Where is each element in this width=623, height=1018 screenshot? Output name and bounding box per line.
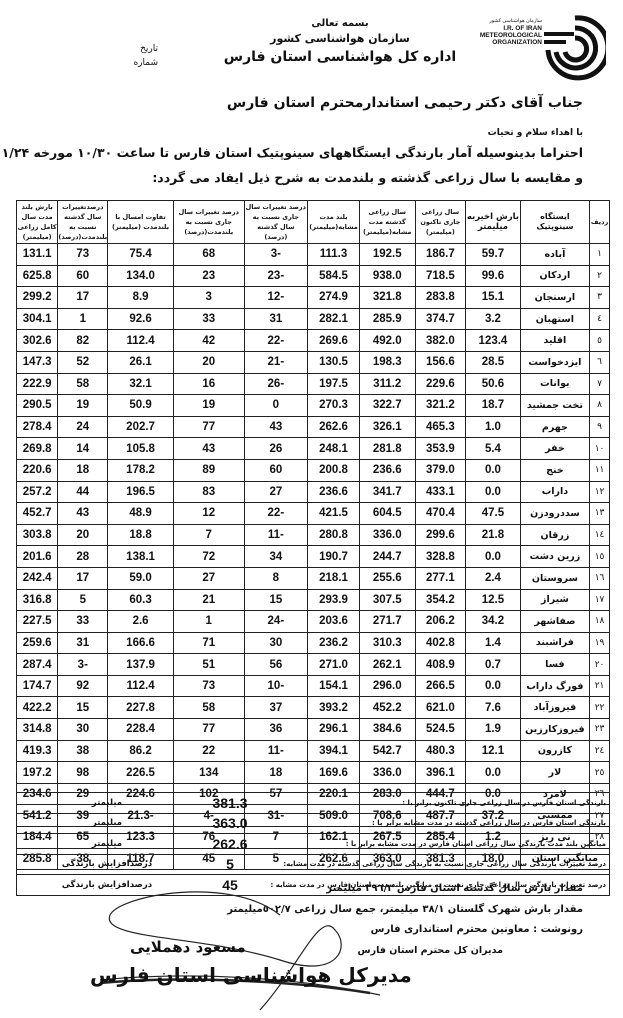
cell-last: 192.5	[359, 244, 415, 266]
cell-long-full: 287.4	[17, 654, 58, 676]
cell-pct-vs-last: -11	[244, 524, 308, 546]
summary-unit: میلیمتر	[17, 834, 198, 855]
cell-long-full: 222.9	[17, 373, 58, 395]
cell-long: 236.2	[308, 632, 360, 654]
cell-pct-last-vs-long: 5	[58, 589, 108, 611]
cell-diff-long: 18.8	[108, 524, 174, 546]
cell-current: 433.1	[415, 481, 466, 503]
table-row: ۷بوانات50.6229.6311.2197.5-261632.158222…	[17, 373, 610, 395]
cell-pct-vs-long: 16	[173, 373, 244, 395]
cell-station: استهبان	[520, 308, 589, 330]
cell-long-full: 422.2	[17, 697, 58, 719]
cell-pct-vs-long: 134	[173, 762, 244, 784]
cell-current: 396.1	[415, 762, 466, 784]
department-name: اداره کل هواشناسی استان فارس	[220, 49, 460, 65]
cell-recent: 0.0	[466, 459, 520, 481]
table-row: ۲۳فیروزکارزین1.9524.5384.6296.13677228.4…	[17, 719, 610, 741]
cell-pct-vs-last: 18	[244, 762, 308, 784]
cell-recent: 0.0	[466, 546, 520, 568]
cell-index: ۱٤	[590, 524, 610, 546]
cell-station: کازرون	[520, 740, 589, 762]
summary-row: درصد تغییرات بارندگی سال زراعی جاری نسبت…	[17, 854, 610, 875]
cell-station: فورگ داراب	[520, 675, 589, 697]
cell-index: ۲۳	[590, 719, 610, 741]
signatory-title: مدیرکل هواشناسی استان فارس	[90, 963, 412, 987]
cell-pct-last-vs-long: 33	[58, 611, 108, 633]
cell-diff-long: 112.4	[108, 675, 174, 697]
logo-en-line3: ORGANIZATION	[470, 39, 542, 46]
cell-pct-vs-last: 26	[244, 438, 308, 460]
cell-diff-long: 48.9	[108, 503, 174, 525]
cell-current: 621.0	[415, 697, 466, 719]
summary-label: درصد تغییرات بارندگی سال زراعی جاری نسبت…	[263, 854, 610, 875]
salutation: جناب آقای دکتر رحیمی استاندارمحترم استان…	[227, 95, 583, 111]
cell-recent: 59.7	[466, 244, 520, 266]
table-row: ۲۰فسا0.7408.9262.1271.05651137.9-3287.4	[17, 654, 610, 676]
cell-station: لار	[520, 762, 589, 784]
cell-pct-last-vs-long: 52	[58, 351, 108, 373]
cell-station: ارسنجان	[520, 287, 589, 309]
cell-long-full: 269.8	[17, 438, 58, 460]
cell-recent: 5.4	[466, 438, 520, 460]
cell-long-full: 220.6	[17, 459, 58, 481]
footer-cc-deputies: رونوشت : معاونین محترم استانداری فارس	[371, 924, 583, 935]
cell-station: زرقان	[520, 524, 589, 546]
cell-pct-vs-last: -12	[244, 287, 308, 309]
invocation-text: بسمه تعالی	[220, 18, 460, 29]
cell-recent: 0.7	[466, 654, 520, 676]
col-header-long-full: بارش بلند مدت سال کامل زراعی (میلیمتر)	[17, 201, 58, 244]
cell-current: 283.8	[415, 287, 466, 309]
cell-pct-last-vs-long: 28	[58, 546, 108, 568]
cell-current: 277.1	[415, 567, 466, 589]
cell-last: 326.1	[359, 416, 415, 438]
table-row: ۲٥لار0.0396.1336.0169.618134226.598197.2	[17, 762, 610, 784]
cell-pct-last-vs-long: 82	[58, 330, 108, 352]
table-row: ٥اقلید123.4382.0492.0269.6-2242112.48230…	[17, 330, 610, 352]
cell-current: 186.7	[415, 244, 466, 266]
cell-station: سروستان	[520, 567, 589, 589]
cell-station: اردکان	[520, 265, 589, 287]
cell-current: 382.0	[415, 330, 466, 352]
cell-pct-last-vs-long: 58	[58, 373, 108, 395]
table-row: ۲۲فیروزآباد7.6621.0452.2393.23758227.815…	[17, 697, 610, 719]
cell-pct-vs-last: 8	[244, 567, 308, 589]
cell-pct-vs-long: 77	[173, 416, 244, 438]
cell-last: 336.0	[359, 524, 415, 546]
cell-pct-vs-long: 12	[173, 503, 244, 525]
greeting: با اهداء سلام و تحیات	[488, 128, 583, 138]
cell-pct-last-vs-long: 14	[58, 438, 108, 460]
cell-pct-vs-last: 56	[244, 654, 308, 676]
cell-last: 271.7	[359, 611, 415, 633]
cell-last: 321.8	[359, 287, 415, 309]
cell-current: 465.3	[415, 416, 466, 438]
cell-long-full: 419.3	[17, 740, 58, 762]
cell-pct-vs-long: 83	[173, 481, 244, 503]
cell-index: ۹	[590, 416, 610, 438]
cell-current: 402.8	[415, 632, 466, 654]
col-header-pct-vs-last: درصد تغییرات سال جاری نسبت به سال گذشته …	[244, 201, 308, 244]
table-row: ۲۱فورگ داراب0.0266.5296.0154.1-1073112.4…	[17, 675, 610, 697]
cell-pct-vs-last: -10	[244, 675, 308, 697]
table-row: ۱۷شیراز12.5354.2307.5293.9152160.35316.8	[17, 589, 610, 611]
cell-recent: 0.0	[466, 675, 520, 697]
cell-long: 270.3	[308, 395, 360, 417]
cell-current: 353.9	[415, 438, 466, 460]
table-row: ۱٦سروستان2.4277.1255.6218.182759.017242.…	[17, 567, 610, 589]
table-row: ۳ارسنجان15.1283.8321.8274.9-1238.917299.…	[17, 287, 610, 309]
cell-long-full: 197.2	[17, 762, 58, 784]
table-row: ۲٤کازرون12.1480.3542.7394.1-112286.23841…	[17, 740, 610, 762]
cell-long: 282.1	[308, 308, 360, 330]
summary-row: بارندگی استان فارس در سال زراعی گذشته در…	[17, 813, 610, 834]
cell-diff-long: 26.1	[108, 351, 174, 373]
table-row: ۱۳سددرودزن47.5470.4604.5421.5-221248.943…	[17, 503, 610, 525]
cell-last: 307.5	[359, 589, 415, 611]
cell-station: فسا	[520, 654, 589, 676]
cell-pct-vs-last: 37	[244, 697, 308, 719]
summary-unit: درصدافزایش بارندگی	[17, 854, 198, 875]
summary-unit: میلیمتر	[17, 813, 198, 834]
cell-index: ۷	[590, 373, 610, 395]
rainfall-table: ردیف ایستگاه سینوپتیک بارش اخیربه میلیمت…	[16, 200, 610, 870]
cell-last: 244.7	[359, 546, 415, 568]
cell-current: 354.2	[415, 589, 466, 611]
cell-long: 293.9	[308, 589, 360, 611]
table-row: ۸تخت جمشید18.7321.2322.7270.301950.91929…	[17, 395, 610, 417]
cell-current: 374.7	[415, 308, 466, 330]
cell-long-full: 131.1	[17, 244, 58, 266]
cell-index: ٥	[590, 330, 610, 352]
cell-last: 285.9	[359, 308, 415, 330]
cell-pct-vs-long: 20	[173, 351, 244, 373]
cell-index: ۱۹	[590, 632, 610, 654]
cell-pct-vs-last: 31	[244, 308, 308, 330]
cell-pct-last-vs-long: 60	[58, 265, 108, 287]
cell-long: 271.0	[308, 654, 360, 676]
cell-pct-last-vs-long: 31	[58, 632, 108, 654]
cell-pct-last-vs-long: 24	[58, 416, 108, 438]
summary-unit: میلیمتر	[17, 793, 198, 814]
cell-pct-vs-last: 43	[244, 416, 308, 438]
cell-current: 480.3	[415, 740, 466, 762]
cell-pct-last-vs-long: 17	[58, 567, 108, 589]
cell-current: 156.6	[415, 351, 466, 373]
table-header-row: ردیف ایستگاه سینوپتیک بارش اخیربه میلیمت…	[17, 201, 610, 244]
col-header-pct-last-vs-long: درصدتغییرات سال گذشته نسبت به بلندمدت(در…	[58, 201, 108, 244]
cell-current: 299.6	[415, 524, 466, 546]
cell-pct-vs-long: 22	[173, 740, 244, 762]
cell-last: 492.0	[359, 330, 415, 352]
cell-index: ۳	[590, 287, 610, 309]
cell-long: 274.9	[308, 287, 360, 309]
cell-pct-vs-long: 27	[173, 567, 244, 589]
cell-diff-long: 137.9	[108, 654, 174, 676]
cell-diff-long: 112.4	[108, 330, 174, 352]
cell-index: ۸	[590, 395, 610, 417]
cell-current: 229.6	[415, 373, 466, 395]
cell-recent: 1.9	[466, 719, 520, 741]
organization-logo: سازمان هواشناسی کشور I.R. OF IRAN METEOR…	[470, 14, 605, 84]
cell-long: 218.1	[308, 567, 360, 589]
cell-station: سددرودزن	[520, 503, 589, 525]
cell-long: 296.1	[308, 719, 360, 741]
cell-recent: 50.6	[466, 373, 520, 395]
summary-value: 381.3	[197, 793, 263, 814]
cell-current: 321.2	[415, 395, 466, 417]
date-number-block: تاریخ شماره	[118, 42, 158, 70]
cell-pct-last-vs-long: 15	[58, 697, 108, 719]
cell-station: زرین دشت	[520, 546, 589, 568]
cell-pct-vs-last: 60	[244, 459, 308, 481]
cell-station: فراشبند	[520, 632, 589, 654]
cell-pct-vs-last: 27	[244, 481, 308, 503]
cell-last: 542.7	[359, 740, 415, 762]
cell-recent: 12.5	[466, 589, 520, 611]
cell-pct-vs-long: 58	[173, 697, 244, 719]
cell-pct-vs-last: 36	[244, 719, 308, 741]
intro-line-2: و مقایسه با سال زراعی گذشته و بلندمدت به…	[152, 170, 583, 185]
cell-long: 169.6	[308, 762, 360, 784]
cell-pct-vs-long: 3	[173, 287, 244, 309]
cell-long-full: 257.2	[17, 481, 58, 503]
cell-pct-vs-last: -22	[244, 330, 308, 352]
cell-recent: 1.0	[466, 416, 520, 438]
cell-pct-last-vs-long: 1	[58, 308, 108, 330]
cell-long: 111.3	[308, 244, 360, 266]
table-row: ۱۹فراشبند1.4402.8310.3236.23071166.63125…	[17, 632, 610, 654]
cell-pct-vs-long: 71	[173, 632, 244, 654]
cell-last: 262.1	[359, 654, 415, 676]
summary-value: 262.6	[197, 834, 263, 855]
cell-recent: 2.4	[466, 567, 520, 589]
cell-long: 190.7	[308, 546, 360, 568]
cell-pct-vs-last: -21	[244, 351, 308, 373]
cell-long-full: 625.8	[17, 265, 58, 287]
col-header-long: بلند مدت مشابه(میلیمتر)	[308, 201, 360, 244]
cell-current: 718.5	[415, 265, 466, 287]
cell-current: 470.4	[415, 503, 466, 525]
cell-recent: 1.4	[466, 632, 520, 654]
cell-index: ۱۱	[590, 459, 610, 481]
cell-station: شیراز	[520, 589, 589, 611]
cell-recent: 15.1	[466, 287, 520, 309]
cell-station: ایزدخواست	[520, 351, 589, 373]
cell-recent: 0.0	[466, 762, 520, 784]
cell-diff-long: 138.1	[108, 546, 174, 568]
cell-last: 322.7	[359, 395, 415, 417]
col-header-last: سال زراعی گذشته مدت مشابه(میلیمتر)	[359, 201, 415, 244]
col-header-pct-vs-long: درصد تغییرات سال جاری نسبت به بلندمدت(در…	[173, 201, 244, 244]
cell-current: 328.8	[415, 546, 466, 568]
cell-diff-long: 105.8	[108, 438, 174, 460]
cell-diff-long: 226.5	[108, 762, 174, 784]
logo-fa-text: سازمان هواشناسی کشور	[470, 18, 542, 25]
cell-pct-last-vs-long: 73	[58, 244, 108, 266]
cell-last: 311.2	[359, 373, 415, 395]
col-header-diff-long: تفاوت امسال با بلندمدت (میلیمتر)	[108, 201, 174, 244]
summary-value: 5	[197, 854, 263, 875]
cell-station: جهرم	[520, 416, 589, 438]
cell-diff-long: 134.0	[108, 265, 174, 287]
cell-diff-long: 75.4	[108, 244, 174, 266]
cell-diff-long: 228.4	[108, 719, 174, 741]
cell-pct-vs-long: 1	[173, 611, 244, 633]
cell-pct-last-vs-long: 44	[58, 481, 108, 503]
intro-line-1: احتراما بدینوسیله آمار بارندگی ایستگاهها…	[0, 145, 583, 160]
cell-recent: 47.5	[466, 503, 520, 525]
cell-station: اقلید	[520, 330, 589, 352]
summary-label: بارندگی استان فارس در سال زراعی جاری تاک…	[263, 793, 610, 814]
cell-long-full: 174.7	[17, 675, 58, 697]
cell-index: ۲۱	[590, 675, 610, 697]
table-row: ۹جهرم1.0465.3326.1262.64377202.724278.4	[17, 416, 610, 438]
cell-diff-long: 178.2	[108, 459, 174, 481]
table-row: ۲اردکان99.6718.5938.0584.5-2323134.06062…	[17, 265, 610, 287]
cell-recent: 3.2	[466, 308, 520, 330]
table-row: ٦ایزدخواست28.5156.6198.3130.5-212026.152…	[17, 351, 610, 373]
summary-label: بارندگی استان فارس در سال زراعی گذشته در…	[263, 813, 610, 834]
cell-long-full: 278.4	[17, 416, 58, 438]
cell-pct-last-vs-long: 18	[58, 459, 108, 481]
cell-last: 281.8	[359, 438, 415, 460]
cell-pct-vs-last: -3	[244, 244, 308, 266]
cell-recent: 99.6	[466, 265, 520, 287]
cell-index: ۲٥	[590, 762, 610, 784]
cell-diff-long: 202.7	[108, 416, 174, 438]
cell-diff-long: 92.6	[108, 308, 174, 330]
cell-long-full: 299.2	[17, 287, 58, 309]
cell-long: 393.2	[308, 697, 360, 719]
cell-index: ۱۲	[590, 481, 610, 503]
cell-pct-vs-long: 73	[173, 675, 244, 697]
cell-diff-long: 2.6	[108, 611, 174, 633]
cell-current: 379.0	[415, 459, 466, 481]
cell-long: 130.5	[308, 351, 360, 373]
cell-index: ۲٤	[590, 740, 610, 762]
cell-long: 262.6	[308, 416, 360, 438]
cell-index: ۱٦	[590, 567, 610, 589]
cell-index: ۱۸	[590, 611, 610, 633]
cell-long: 197.5	[308, 373, 360, 395]
cell-last: 384.6	[359, 719, 415, 741]
cell-long-full: 242.4	[17, 567, 58, 589]
cell-long-full: 303.8	[17, 524, 58, 546]
col-header-station: ایستگاه سینوپتیک	[520, 201, 589, 244]
cell-station: داراب	[520, 481, 589, 503]
cell-long: 236.6	[308, 481, 360, 503]
cell-index: ۲۲	[590, 697, 610, 719]
cell-diff-long: 166.6	[108, 632, 174, 654]
cell-recent: 7.6	[466, 697, 520, 719]
cell-recent: 34.2	[466, 611, 520, 633]
cell-pct-vs-long: 68	[173, 244, 244, 266]
cell-pct-vs-last: -23	[244, 265, 308, 287]
cell-pct-vs-last: -24	[244, 611, 308, 633]
logo-text: سازمان هواشناسی کشور I.R. OF IRAN METEOR…	[470, 18, 542, 46]
cell-index: ۱۷	[590, 589, 610, 611]
number-label: شماره	[118, 56, 158, 70]
table-row: ۱۸صفاشهر34.2206.2271.7203.6-2412.633227.…	[17, 611, 610, 633]
cell-diff-long: 59.0	[108, 567, 174, 589]
cell-recent: 0.0	[466, 481, 520, 503]
cell-long-full: 290.5	[17, 395, 58, 417]
cell-index: ۱٥	[590, 546, 610, 568]
cell-recent: 123.4	[466, 330, 520, 352]
logo-en-line2: METEOROLOGICAL	[470, 32, 542, 39]
cell-long-full: 147.3	[17, 351, 58, 373]
cell-long-full: 452.7	[17, 503, 58, 525]
cell-current: 206.2	[415, 611, 466, 633]
cell-long-full: 314.8	[17, 719, 58, 741]
cell-pct-vs-last: 30	[244, 632, 308, 654]
summary-row: میانگین بلند مدت بارندگی سال زراعی استان…	[17, 834, 610, 855]
cell-last: 236.6	[359, 459, 415, 481]
cell-last: 296.0	[359, 675, 415, 697]
cell-pct-vs-last: 34	[244, 546, 308, 568]
cell-pct-last-vs-long: 20	[58, 524, 108, 546]
summary-row: بارندگی استان فارس در سال زراعی جاری تاک…	[17, 793, 610, 814]
cell-pct-last-vs-long: 92	[58, 675, 108, 697]
cell-long: 248.1	[308, 438, 360, 460]
cell-index: ۲۰	[590, 654, 610, 676]
table-row: ۱۲داراب0.0433.1341.7236.62783196.544257.…	[17, 481, 610, 503]
cell-pct-vs-long: 23	[173, 265, 244, 287]
table-row: ۱۰خفر5.4353.9281.8248.12643105.814269.8	[17, 438, 610, 460]
spiral-logo-icon	[544, 14, 606, 84]
cell-diff-long: 227.8	[108, 697, 174, 719]
cell-recent: 21.8	[466, 524, 520, 546]
cell-long: 584.5	[308, 265, 360, 287]
cell-pct-last-vs-long: 98	[58, 762, 108, 784]
signatory-name: مسعود دهملایی	[130, 938, 246, 956]
cell-long-full: 227.5	[17, 611, 58, 633]
cell-station: خنج	[520, 459, 589, 481]
cell-pct-vs-long: 21	[173, 589, 244, 611]
cell-pct-last-vs-long: 30	[58, 719, 108, 741]
cell-diff-long: 60.3	[108, 589, 174, 611]
cell-last: 336.0	[359, 762, 415, 784]
cell-pct-vs-long: 89	[173, 459, 244, 481]
cell-station: فیروزآباد	[520, 697, 589, 719]
cell-diff-long: 8.9	[108, 287, 174, 309]
cell-station: خفر	[520, 438, 589, 460]
cell-diff-long: 86.2	[108, 740, 174, 762]
cell-current: 408.9	[415, 654, 466, 676]
summary-label: میانگین بلند مدت بارندگی سال زراعی استان…	[263, 834, 610, 855]
cell-station: فیروزکارزین	[520, 719, 589, 741]
cell-last: 938.0	[359, 265, 415, 287]
cell-pct-vs-long: 77	[173, 719, 244, 741]
cell-station: آباده	[520, 244, 589, 266]
cell-diff-long: 32.1	[108, 373, 174, 395]
cell-index: ٤	[590, 308, 610, 330]
cell-last: 310.3	[359, 632, 415, 654]
cell-station: تخت جمشید	[520, 395, 589, 417]
cell-long-full: 201.6	[17, 546, 58, 568]
cell-pct-last-vs-long: 19	[58, 395, 108, 417]
cell-pct-vs-long: 33	[173, 308, 244, 330]
cell-pct-last-vs-long: 17	[58, 287, 108, 309]
cell-last: 452.2	[359, 697, 415, 719]
cell-pct-vs-last: -26	[244, 373, 308, 395]
summary-value: 363.0	[197, 813, 263, 834]
cell-pct-last-vs-long: 38	[58, 740, 108, 762]
cell-pct-vs-long: 7	[173, 524, 244, 546]
cell-station: بوانات	[520, 373, 589, 395]
cell-diff-long: 50.9	[108, 395, 174, 417]
